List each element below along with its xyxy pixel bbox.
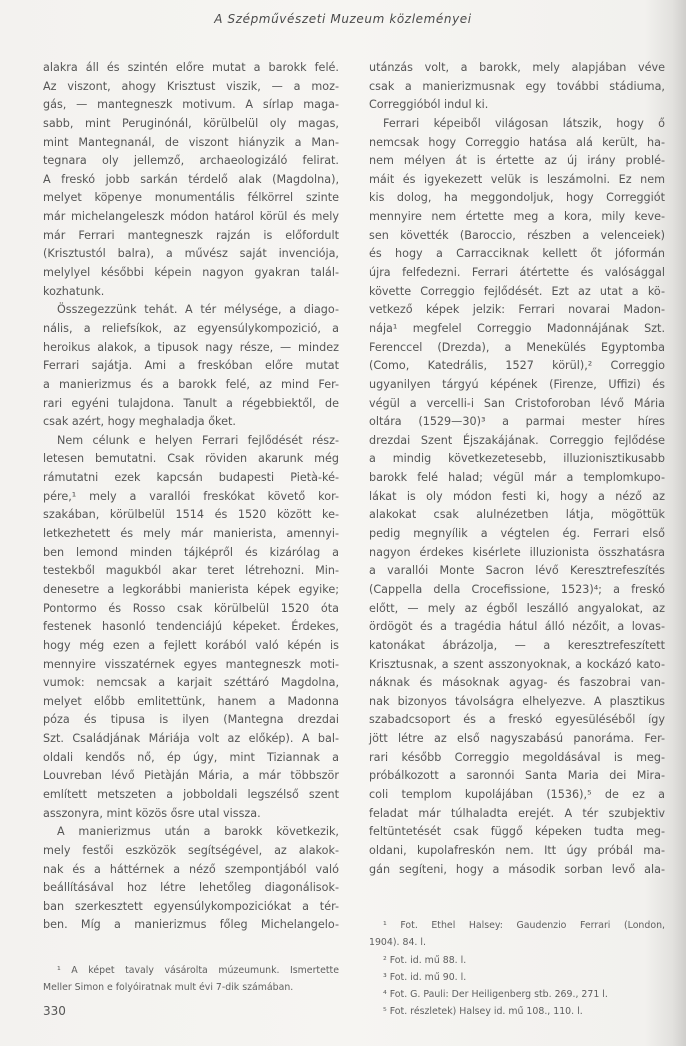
text-line: denesetre a legkorábbi manierista képek … xyxy=(43,581,339,600)
text-line: Krisztusnak, a szent asszonyoknak, a koc… xyxy=(369,656,665,675)
text-line: nak és a háttérnek a néző szempontjából … xyxy=(43,861,339,880)
text-line: a manierizmus és a barokk felé, az mind … xyxy=(43,376,339,395)
text-line: gás, — mantegneszk motivum. A sírlap mag… xyxy=(43,96,339,115)
text-line: Az viszont, ahogy Krisztust viszik, — a … xyxy=(43,78,339,97)
text-line: ben. Míg a manierizmus főleg Michelangel… xyxy=(43,916,339,935)
text-line: feltüntetését csak függő képeken tudta m… xyxy=(369,823,665,842)
text-line: mennyire nem értette meg a kora, mily ke… xyxy=(369,208,665,227)
text-line: Nem célunk e helyen Ferrari fejlődését r… xyxy=(43,432,339,451)
text-line: feladat már túlhaladta erejét. A tér szu… xyxy=(369,805,665,824)
text-line: mennyire visszatérnek egyes mantegneszk … xyxy=(43,656,339,675)
text-line: barokk felé halad; végül már a templomku… xyxy=(369,469,665,488)
text-line: oldali kendős nő, ép úgy, mint Tiziannak… xyxy=(43,749,339,768)
text-line: melylyel későbbi képein nagyon gyakran t… xyxy=(43,264,339,283)
text-line: Összegezzünk tehát. A tér mélysége, a di… xyxy=(43,301,339,320)
text-line: nális, a reliefsíkok, az egyensúlykompoz… xyxy=(43,320,339,339)
left-footnotes: ¹ A képet tavaly vásárolta múzeumunk. Is… xyxy=(43,962,339,997)
text-line: oldani, kupolafreskón nem. Itt úgy próbá… xyxy=(369,842,665,861)
text-line: csak azért, hogy meghaladja őket. xyxy=(43,413,339,432)
footnote: Meller Simon e folyóiratnak mult évi 7-d… xyxy=(43,979,339,996)
text-line: (Como, Katedrális, 1527 körül),² Corregg… xyxy=(369,357,665,376)
text-line: Correggióból indul ki. xyxy=(369,96,665,115)
footnote: ¹ Fot. Ethel Halsey: Gaudenzio Ferrari (… xyxy=(369,917,665,934)
text-line: pedig megnyílik a végtelen ég. Ferrari e… xyxy=(369,525,665,544)
text-line: nagyon érdekes kisérlete illuzionista ös… xyxy=(369,544,665,563)
text-line: követte Correggio fejlődését. Ezt az uta… xyxy=(369,283,665,302)
text-line: A freskó jobb sarkán térdelő alak (Magdo… xyxy=(43,171,339,190)
text-line: előtt, — mely az égből leszálló angyalok… xyxy=(369,600,665,619)
footnote: 1904). 84. l. xyxy=(369,934,665,951)
text-line: nak bizonyos távolságra elhelyezve. A pl… xyxy=(369,693,665,712)
text-line: Ferrari képeiből világosan látszik, hogy… xyxy=(369,115,665,134)
footnote: ¹ A képet tavaly vásárolta múzeumunk. Is… xyxy=(43,962,339,979)
text-line: heroikus alakok, a tipusok nagy része, —… xyxy=(43,339,339,358)
text-line: utánzás volt, a barokk, mely alapjában v… xyxy=(369,59,665,78)
text-line: sen követték (Baroccio, részben a velenc… xyxy=(369,227,665,246)
text-line: próbálkozott a saronnói Santa Maria dei … xyxy=(369,767,665,786)
text-line: ban szerkesztett egyensúlykompoziciókat … xyxy=(43,898,339,917)
footnote: ⁵ Fot. részletek) Halsey id. mű 108., 11… xyxy=(369,1003,665,1020)
text-line: alakra áll és szintén előre mutat a baro… xyxy=(43,59,339,78)
text-line: a mindig következetesebb, illuzionisztik… xyxy=(369,450,665,469)
text-line: nemcsak hogy Correggio hatása alá került… xyxy=(369,134,665,153)
text-line: Ferenccel (Drezda), a Menekülés Egyptomb… xyxy=(369,339,665,358)
text-line: melyet előbb emlitettünk, hanem a Madonn… xyxy=(43,693,339,712)
text-line: náknak és másoknak agyag- és faszobrai v… xyxy=(369,674,665,693)
text-line: és hogy a Carracciknak kellett őt jóform… xyxy=(369,245,665,264)
text-line: már michelangeleszk módon határol körül … xyxy=(43,208,339,227)
text-line: letesen bemutatni. Csak röviden akarunk … xyxy=(43,450,339,469)
text-line: nem mélyen át is értette az új irány pro… xyxy=(369,152,665,171)
text-line: asszonyra, mint közös ősre utal vissza. xyxy=(43,805,339,824)
text-line: már Ferrari mantegneszk rajzán is előfor… xyxy=(43,227,339,246)
text-line: (Cappella della Crocefissione, 1523)⁴; a… xyxy=(369,581,665,600)
text-line: végül a vercelli-i San Cristoforoban lév… xyxy=(369,395,665,414)
text-line: mely festői eszközök segítségével, az al… xyxy=(43,842,339,861)
text-line: rámutatni ezek kapcsán budapesti Pietà-k… xyxy=(43,469,339,488)
text-line: beállításával hoz létre lehetőleg diagon… xyxy=(43,879,339,898)
text-line: szakában, körülbelül 1514 és 1520 között… xyxy=(43,506,339,525)
text-line: máit és igyekezett velük is leszámolni. … xyxy=(369,171,665,190)
text-line: Louvreban lévő Pietàján Mária, a már töb… xyxy=(43,767,339,786)
text-line: ben lemond minden tájképről és kizárólag… xyxy=(43,544,339,563)
text-line: letkezhetett és mely már manierista, ame… xyxy=(43,525,339,544)
text-line: katonákat ábrázolja, — a keresztrefeszít… xyxy=(369,637,665,656)
text-line: sabb, mint Peruginónál, körülbelül oly m… xyxy=(43,115,339,134)
page-number: 330 xyxy=(43,1004,66,1018)
text-line: a varallói Monte Sacron lévő Keresztrefe… xyxy=(369,562,665,581)
text-line: melyet köpenye monumentális félkörrel sz… xyxy=(43,189,339,208)
text-line: mint Mantegnanál, de viszont hiányzik a … xyxy=(43,134,339,153)
text-line: ugyanilyen tárgyú képének (Firenze, Uffi… xyxy=(369,376,665,395)
text-line: csak a manierizmusnak egy további stádiu… xyxy=(369,78,665,97)
text-line: jött létre az első nagyszabású panoráma.… xyxy=(369,730,665,749)
text-line: rari egyéni tulajdona. Tanult a régebbie… xyxy=(43,395,339,414)
text-line: kozhatunk. xyxy=(43,283,339,302)
text-line: említett metszeten a jobboldali legszéls… xyxy=(43,786,339,805)
text-line: rari később Correggio megoldásával is me… xyxy=(369,749,665,768)
text-line: festenek hasonló tendenciájú képeket. Ér… xyxy=(43,618,339,637)
text-line: Pontormo és Rosso csak körülbelül 1520 ó… xyxy=(43,600,339,619)
text-line: ördögöt és a tragédia hátul álló nézőit,… xyxy=(369,618,665,637)
left-column: alakra áll és szintén előre mutat a baro… xyxy=(43,59,339,935)
text-line: vetkező képek jelzik: Ferrari novarai Ma… xyxy=(369,301,665,320)
text-line: A manierizmus után a barokk következik, xyxy=(43,823,339,842)
text-line: tegnara oly jellemző, archaeologizáló fe… xyxy=(43,152,339,171)
text-line: oltára (1529—30)³ a parmai mester híres xyxy=(369,413,665,432)
text-line: vumok: nemcsak a karjait széttáró Magdol… xyxy=(43,674,339,693)
footnote: ⁴ Fot. G. Pauli: Der Heiligenberg stb. 2… xyxy=(369,986,665,1003)
text-line: drezdai Szent Éjszakájának. Correggio fe… xyxy=(369,432,665,451)
text-line: coli templom kupolájában (1536),⁵ de ez … xyxy=(369,786,665,805)
text-line: hogy még ezen a fejlett korából való kép… xyxy=(43,637,339,656)
text-line: (Krisztustól balra), a művész saját inve… xyxy=(43,245,339,264)
footnote: ³ Fot. id. mű 90. l. xyxy=(369,969,665,986)
text-line: Ferrari sajátja. Ami a freskóban előre m… xyxy=(43,357,339,376)
text-line: póza és tipusa is ilyen (Mantegna drezda… xyxy=(43,711,339,730)
scanned-page: A Szépművészeti Muzeum közleményei alakr… xyxy=(0,0,686,1046)
text-line: testekből magukból akar teret létrehozni… xyxy=(43,562,339,581)
text-line: lákat is oly módon festi ki, hogy a néző… xyxy=(369,488,665,507)
right-footnotes: ¹ Fot. Ethel Halsey: Gaudenzio Ferrari (… xyxy=(369,917,665,1021)
text-line: szabadcsoport és a freskó egyesüléséből … xyxy=(369,711,665,730)
text-line: kis dolog, ha meggondoljuk, hogy Corregg… xyxy=(369,189,665,208)
running-head: A Szépművészeti Muzeum közleményei xyxy=(0,12,686,26)
footnote: ² Fot. id. mű 88. l. xyxy=(369,952,665,969)
text-line: gán segíteni, hogy a második sorban levő… xyxy=(369,861,665,880)
text-line: Szt. Családjának Máriája volt az előkép)… xyxy=(43,730,339,749)
text-line: újra felfedezni. Ferrari átértette és va… xyxy=(369,264,665,283)
right-column: utánzás volt, a barokk, mely alapjában v… xyxy=(369,59,665,879)
text-line: nája¹ megfelel Correggio Madonnájának Sz… xyxy=(369,320,665,339)
text-line: pére,¹ mely a varallói freskókat követő … xyxy=(43,488,339,507)
text-line: alakokat csak alulnézetben látja, mögött… xyxy=(369,506,665,525)
